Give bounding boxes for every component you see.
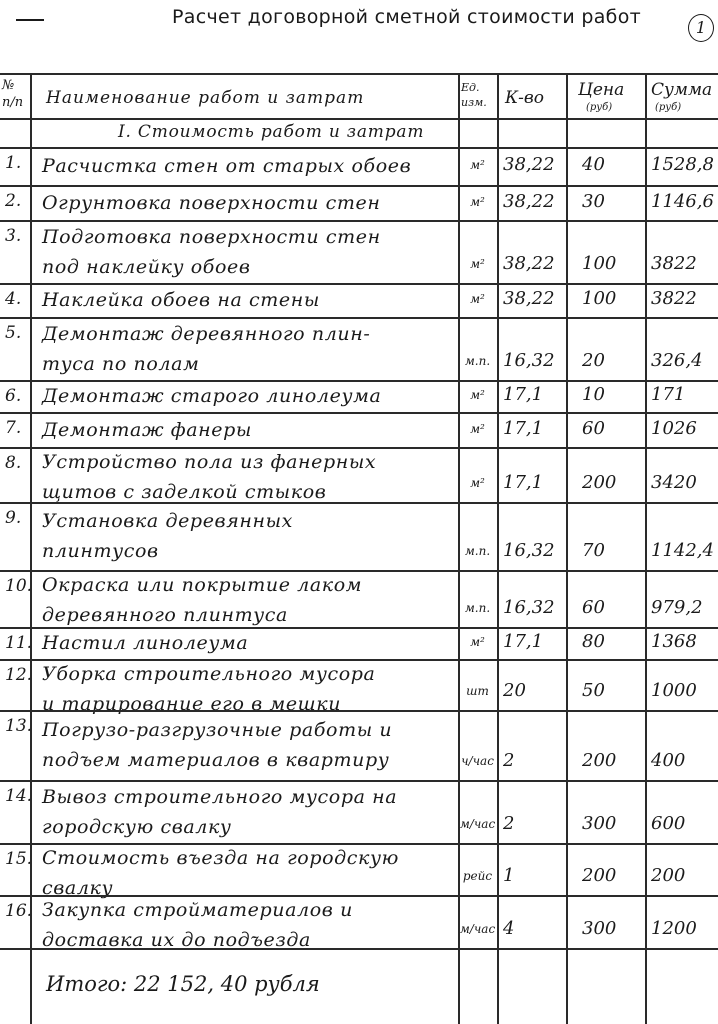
header-unit: Ед. изм. — [461, 80, 495, 110]
row-unit: м² — [458, 257, 497, 271]
row-number: 11. — [5, 633, 32, 653]
table-rule — [0, 185, 718, 187]
row-name: Стоимость въезда на городскую свалку — [42, 843, 458, 903]
table-rule — [0, 502, 718, 504]
header-qty: К-во — [505, 88, 544, 108]
row-unit: ч/час — [458, 754, 497, 768]
row-number: 16. — [5, 901, 32, 921]
row-quantity: 2 — [503, 750, 514, 771]
row-number: 14. — [5, 786, 32, 806]
table-rule — [0, 73, 718, 75]
row-sum: 3420 — [651, 472, 697, 493]
table-rule — [0, 317, 718, 319]
table-rule — [0, 380, 718, 382]
row-price: 80 — [582, 631, 605, 652]
column-rule — [458, 73, 460, 1024]
row-quantity: 1 — [503, 865, 514, 886]
row-unit: м² — [458, 292, 497, 306]
row-price: 40 — [582, 154, 605, 175]
row-quantity: 16,32 — [503, 350, 555, 371]
table-rule — [0, 710, 718, 712]
row-sum: 1142,4 — [651, 540, 714, 561]
row-unit: м.п. — [458, 601, 497, 615]
header-sum-currency: (руб) — [651, 99, 712, 116]
row-name: Демонтаж старого линолеума — [42, 381, 458, 411]
row-name: Настил линолеума — [42, 628, 458, 658]
column-rule — [566, 73, 568, 1024]
header-num-label: № п/п — [2, 78, 23, 110]
row-unit: м² — [458, 195, 497, 209]
row-price: 300 — [582, 918, 616, 939]
row-sum: 1026 — [651, 418, 697, 439]
column-rule — [645, 73, 647, 1024]
table-rule — [0, 283, 718, 285]
header-num: № п/п — [2, 77, 30, 111]
row-number: 12. — [5, 665, 32, 685]
header-sum-label: Сумма — [651, 82, 712, 99]
header-sum: Сумма (руб) — [651, 82, 712, 116]
header-price-currency: (руб) — [578, 99, 624, 116]
row-unit: м.п. — [458, 354, 497, 368]
table-rule — [0, 627, 718, 629]
table-rule — [0, 843, 718, 845]
row-price: 50 — [582, 680, 605, 701]
header-price-label: Цена — [578, 82, 624, 99]
row-unit: м² — [458, 476, 497, 490]
row-unit: м² — [458, 422, 497, 436]
header-price: Цена (руб) — [578, 82, 624, 116]
total-line: Итого: 22 152, 40 рубля — [46, 972, 320, 996]
row-unit: м/час — [458, 922, 497, 936]
row-name: Расчистка стен от старых обоев — [42, 151, 458, 181]
table-rule — [0, 118, 718, 120]
row-name: Окраска или покрытие лаком деревянного п… — [42, 570, 458, 630]
row-price: 100 — [582, 253, 616, 274]
row-unit: рейс — [458, 869, 497, 883]
row-sum: 171 — [651, 384, 685, 405]
row-name: Погрузо-разгрузочные работы и подъем мат… — [42, 715, 458, 775]
row-unit: шт — [458, 684, 497, 698]
table-rule — [0, 220, 718, 222]
row-number: 15. — [5, 849, 32, 869]
row-name: Устройство пола из фанерных щитов с заде… — [42, 447, 458, 507]
row-quantity: 17,1 — [503, 472, 543, 493]
row-name: Закупка стройматериалов и доставка их до… — [42, 895, 458, 955]
estimate-table: № п/п Наименование работ и затрат Ед. из… — [0, 0, 718, 1024]
row-sum: 200 — [651, 865, 685, 886]
row-number: 9. — [5, 508, 21, 528]
row-number: 13. — [5, 716, 32, 736]
column-rule — [497, 73, 499, 1024]
row-name: Демонтаж деревянного плин- туса по полам — [42, 319, 458, 379]
row-number: 8. — [5, 453, 21, 473]
row-name: Подготовка поверхности стен под наклейку… — [42, 222, 458, 282]
row-quantity: 38,22 — [503, 253, 555, 274]
row-quantity: 38,22 — [503, 191, 555, 212]
section-title: I. Стоимость работ и затрат — [118, 122, 424, 142]
row-number: 4. — [5, 289, 21, 309]
row-quantity: 17,1 — [503, 418, 543, 439]
row-price: 300 — [582, 813, 616, 834]
table-rule — [0, 570, 718, 572]
table-rule — [0, 895, 718, 897]
column-rule — [30, 73, 32, 1024]
row-sum: 3822 — [651, 253, 697, 274]
table-rule — [0, 780, 718, 782]
row-sum: 1200 — [651, 918, 697, 939]
row-unit: м² — [458, 158, 497, 172]
row-quantity: 16,32 — [503, 597, 555, 618]
row-name: Установка деревянных плинтусов — [42, 506, 458, 566]
row-sum: 979,2 — [651, 597, 703, 618]
row-number: 6. — [5, 386, 21, 406]
row-name: Вывоз строительного мусора на городскую … — [42, 782, 458, 842]
row-sum: 1000 — [651, 680, 697, 701]
row-price: 60 — [582, 418, 605, 439]
table-rule — [0, 412, 718, 414]
row-sum: 1146,6 — [651, 191, 714, 212]
row-quantity: 38,22 — [503, 154, 555, 175]
row-price: 200 — [582, 750, 616, 771]
row-name: Наклейка обоев на стены — [42, 285, 458, 315]
row-number: 5. — [5, 323, 21, 343]
row-price: 200 — [582, 865, 616, 886]
row-sum: 326,4 — [651, 350, 703, 371]
row-sum: 3822 — [651, 288, 697, 309]
row-sum: 600 — [651, 813, 685, 834]
row-quantity: 17,1 — [503, 631, 543, 652]
row-number: 2. — [5, 191, 21, 211]
row-sum: 400 — [651, 750, 685, 771]
table-rule — [0, 147, 718, 149]
row-price: 70 — [582, 540, 605, 561]
table-rule — [0, 659, 718, 661]
row-sum: 1368 — [651, 631, 697, 652]
row-number: 3. — [5, 226, 21, 246]
row-quantity: 20 — [503, 680, 526, 701]
row-number: 7. — [5, 418, 21, 438]
row-name: Демонтаж фанеры — [42, 415, 458, 445]
row-unit: м² — [458, 635, 497, 649]
row-quantity: 38,22 — [503, 288, 555, 309]
row-sum: 1528,8 — [651, 154, 714, 175]
row-unit: м.п. — [458, 544, 497, 558]
row-unit: м² — [458, 388, 497, 402]
row-price: 10 — [582, 384, 605, 405]
row-number: 1. — [5, 153, 21, 173]
row-quantity: 16,32 — [503, 540, 555, 561]
table-rule — [0, 948, 718, 950]
header-name: Наименование работ и затрат — [46, 88, 364, 108]
table-rule — [0, 447, 718, 449]
row-price: 20 — [582, 350, 605, 371]
row-price: 100 — [582, 288, 616, 309]
row-unit: м/час — [458, 817, 497, 831]
row-quantity: 17,1 — [503, 384, 543, 405]
row-price: 30 — [582, 191, 605, 212]
row-quantity: 4 — [503, 918, 514, 939]
row-quantity: 2 — [503, 813, 514, 834]
row-name: Огрунтовка поверхности стен — [42, 188, 458, 218]
row-price: 200 — [582, 472, 616, 493]
row-number: 10. — [5, 576, 32, 596]
row-price: 60 — [582, 597, 605, 618]
